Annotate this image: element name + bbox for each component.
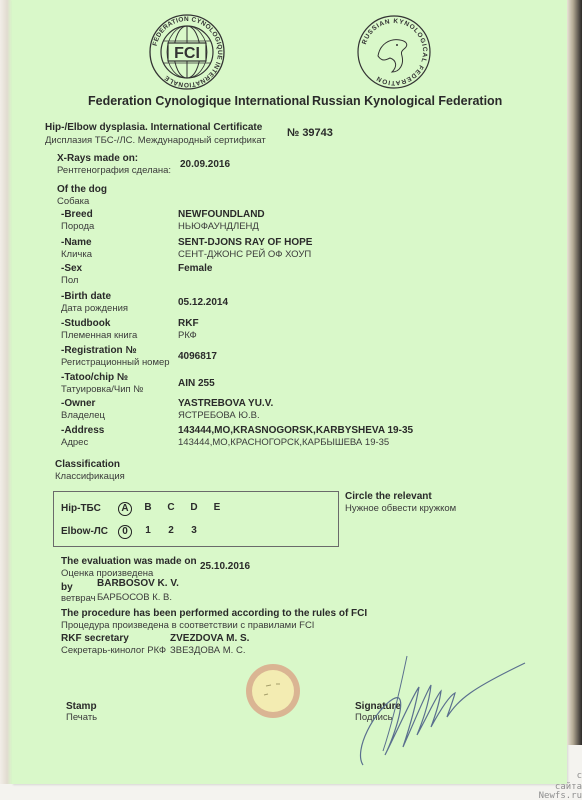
watermark-line-3: Newfs.ru xyxy=(539,792,582,800)
svg-text:FCI: FCI xyxy=(174,45,200,62)
stamp-label-ru: Печать xyxy=(66,712,97,723)
field-label-en: -Breed xyxy=(61,209,93,220)
fci-globe-emblem-icon: FCI FEDERATION CYNOLOGIQUE INTERNATIONAL… xyxy=(148,13,226,91)
hip-grade-E: E xyxy=(210,502,224,513)
secretary-name-ru: ЗВЕЗДОВА М. С. xyxy=(170,645,245,656)
watermark-line-1: с xyxy=(577,771,582,781)
xray-label-en: X-Rays made on: xyxy=(57,153,138,164)
rkf-stamp-icon xyxy=(242,662,304,720)
field-label-ru: Пол xyxy=(61,275,78,286)
field-value-ru: 143444,МО,КРАСНОГОРСК,КАРБЫШЕВА 19-35 xyxy=(178,437,389,448)
field-value-en: 05.12.2014 xyxy=(178,297,228,308)
classification-label-en: Classification xyxy=(55,459,120,470)
fci-org-name: Federation Cynologique International xyxy=(88,94,310,108)
vet-name-ru: БАРБОСОВ К. В. xyxy=(97,592,172,603)
field-label-en: -Studbook xyxy=(61,318,110,329)
by-label-en: by xyxy=(61,582,73,593)
field-label-ru: Татуировка/Чип № xyxy=(61,384,143,395)
field-label-ru: Регистрационный номер xyxy=(61,357,170,368)
field-value-en: SENT-DJONS RAY OF HOPE xyxy=(178,237,312,248)
secretary-label-ru: Секретарь-кинолог РКФ xyxy=(61,645,166,656)
procedure-text-en: The procedure has been performed accordi… xyxy=(61,608,367,619)
elbow-grade-0-selected: 0 xyxy=(118,525,132,539)
field-value-en: YASTREBOVA YU.V. xyxy=(178,398,273,409)
elbow-grade-2: 2 xyxy=(164,525,178,536)
xray-label-ru: Рентгенография сделана: xyxy=(57,165,171,176)
circle-note-ru: Нужное обвести кружком xyxy=(345,503,456,514)
elbow-grade-1: 1 xyxy=(141,525,155,536)
classification-label-ru: Классификация xyxy=(55,471,125,482)
xray-date: 20.09.2016 xyxy=(180,159,230,170)
field-label-ru: Дата рождения xyxy=(61,303,128,314)
hip-grade-A-selected: A xyxy=(118,502,132,516)
hip-grade-D: D xyxy=(187,502,201,513)
dog-section-label-en: Of the dog xyxy=(57,184,107,195)
rkf-dog-head-emblem-icon: RUSSIAN KYNOLOGICAL FEDERATION xyxy=(356,14,432,90)
field-label-ru: Владелец xyxy=(61,410,105,421)
secretary-label-en: RKF secretary xyxy=(61,633,129,644)
field-label-ru: Кличка xyxy=(61,249,92,260)
procedure-text-ru: Процедура произведена в соответствии с п… xyxy=(61,620,314,631)
evaluation-date: 25.10.2016 xyxy=(200,561,250,572)
certificate-number: № 39743 xyxy=(287,127,333,139)
field-label-en: -Registration № xyxy=(61,345,137,356)
handwritten-signature-icon xyxy=(355,655,535,775)
classification-box: Hip-ТБС Elbow-ЛС ABCDE 0123 xyxy=(53,491,339,547)
field-label-en: -Birth date xyxy=(61,291,111,302)
field-label-ru: Адрес xyxy=(61,437,88,448)
field-value-ru: ЯСТРЕБОВА Ю.В. xyxy=(178,410,260,421)
field-label-en: -Address xyxy=(61,425,104,436)
vet-name-en: BARBOSOV K. V. xyxy=(97,578,179,589)
paper-right-edge xyxy=(567,0,582,745)
stamp-label-en: Stamp xyxy=(66,701,97,712)
hip-grade-B: B xyxy=(141,502,155,513)
paper-left-edge xyxy=(0,0,12,784)
field-label-ru: Порода xyxy=(61,221,94,232)
hip-label: Hip-ТБС xyxy=(61,503,101,514)
field-label-en: -Name xyxy=(61,237,92,248)
elbow-label: Elbow-ЛС xyxy=(61,526,108,537)
evaluation-label-en: The evaluation was made on xyxy=(61,556,197,567)
field-label-ru: Племенная книга xyxy=(61,330,137,341)
by-label-ru: ветврач xyxy=(61,593,96,604)
field-value-ru: НЬЮФАУНДЛЕНД xyxy=(178,221,259,232)
hip-grade-C: C xyxy=(164,502,178,513)
certificate-title-en: Hip-/Elbow dysplasia. International Cert… xyxy=(45,122,262,133)
field-value-en: AIN 255 xyxy=(178,378,215,389)
field-value-en: 4096817 xyxy=(178,351,217,362)
field-value-ru: РКФ xyxy=(178,330,197,341)
dog-section-label-ru: Собака xyxy=(57,196,89,207)
circle-note-en: Circle the relevant xyxy=(345,491,432,502)
field-label-en: -Sex xyxy=(61,263,82,274)
svg-text:RUSSIAN KYNOLOGICAL FEDERATION: RUSSIAN KYNOLOGICAL FEDERATION xyxy=(361,18,428,86)
field-label-en: -Owner xyxy=(61,398,95,409)
field-value-en: RKF xyxy=(178,318,199,329)
field-value-en: 143444,MO,KRASNOGORSK,KARBYSHEVA 19-35 xyxy=(178,425,413,436)
rkf-org-name: Russian Kynological Federation xyxy=(312,94,502,108)
elbow-grade-3: 3 xyxy=(187,525,201,536)
field-label-en: -Tatoo/chip № xyxy=(61,372,128,383)
certificate-title-ru: Дисплазия ТБС-/ЛС. Международный сертифи… xyxy=(45,135,266,146)
field-value-en: Female xyxy=(178,263,212,274)
field-value-en: NEWFOUNDLAND xyxy=(178,209,265,220)
secretary-name-en: ZVEZDOVA M. S. xyxy=(170,633,249,644)
field-value-ru: СЕНТ-ДЖОНС РЕЙ ОФ ХОУП xyxy=(178,249,311,260)
